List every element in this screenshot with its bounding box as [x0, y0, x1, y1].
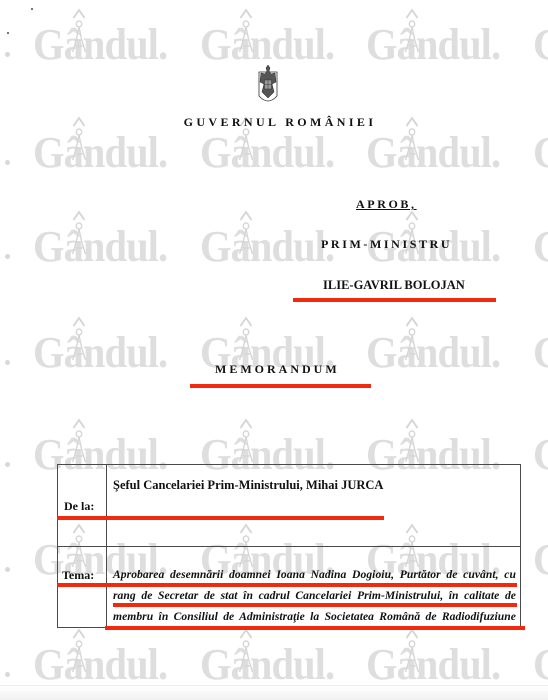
- watermark-row: Gândul.Gândul.Gândul.Gândul.: [0, 222, 548, 272]
- watermark-dot: [5, 462, 10, 467]
- highlight-underline: [57, 516, 384, 520]
- watermark-logo: Gândul.: [200, 128, 334, 178]
- watermark-logo: Gândul.: [366, 128, 500, 178]
- document-title: MEMORANDUM: [215, 362, 340, 377]
- watermark-dot: [5, 567, 10, 572]
- from-value: Şeful Cancelariei Prim-Ministrului, Miha…: [113, 478, 383, 493]
- watermark-logo: Gândul.: [533, 328, 548, 378]
- topic-label: Tema:: [62, 568, 94, 583]
- watermark-logo: Gândul.: [533, 128, 548, 178]
- watermark-logo: Gândul.: [200, 222, 334, 272]
- watermark-row: Gândul.Gândul.Gândul.Gândul.: [0, 128, 548, 178]
- watermark-logo: Gândul.: [366, 640, 500, 690]
- watermark-figure-icon: [237, 208, 255, 264]
- watermark-logo: Gândul.: [33, 20, 167, 70]
- watermark-logo: Gândul.: [533, 535, 548, 585]
- watermark-figure-icon: [70, 208, 88, 264]
- watermark-logo: Gândul.: [33, 328, 167, 378]
- watermark-logo: Gândul.: [366, 20, 500, 70]
- watermark-figure-icon: [70, 6, 88, 62]
- watermark-figure-icon: [403, 208, 421, 264]
- watermark-figure-icon: [70, 626, 88, 682]
- romanian-coat-of-arms-icon: [257, 62, 279, 108]
- watermark-figure-icon: [403, 626, 421, 682]
- watermark-logo: Gândul.: [366, 328, 500, 378]
- topic-line: Aprobarea desemnării doamnei Ioana Nadin…: [113, 568, 516, 581]
- highlight-underline: [57, 583, 517, 587]
- approval-label: APROB,: [356, 197, 417, 212]
- watermark-logo: Gândul.: [533, 640, 548, 690]
- watermark-logo: Gândul.: [533, 222, 548, 272]
- watermark-figure-icon: [70, 314, 88, 370]
- scan-speck: [31, 8, 33, 10]
- watermark-dot: [5, 360, 10, 365]
- institution-heading: GUVERNUL ROMÂNIEI: [0, 115, 548, 130]
- approver-role: PRIM-MINISTRU: [321, 237, 452, 252]
- watermark-logo: Gândul.: [200, 640, 334, 690]
- from-label: De la:: [64, 499, 94, 514]
- watermark-dot: [5, 52, 10, 57]
- highlight-underline: [293, 298, 496, 302]
- watermark-row: Gândul.Gândul.Gândul.Gândul.: [0, 640, 548, 690]
- highlight-underline: [190, 384, 371, 388]
- watermark-figure-icon: [403, 314, 421, 370]
- row-divider: [58, 546, 520, 547]
- watermark-figure-icon: [403, 6, 421, 62]
- watermark-logo: Gândul.: [33, 640, 167, 690]
- watermark-dot: [5, 160, 10, 165]
- watermark-figure-icon: [237, 626, 255, 682]
- watermark-logo: Gândul.: [533, 430, 548, 480]
- watermark-logo: Gândul.: [33, 222, 167, 272]
- topic-line: rang de Secretar de stat în cadrul Cance…: [113, 589, 516, 602]
- watermark-logo: Gândul.: [33, 128, 167, 178]
- watermark-figure-icon: [237, 6, 255, 62]
- highlight-underline: [105, 626, 525, 630]
- watermark-logo: Gândul.: [533, 20, 548, 70]
- highlight-underline: [113, 603, 517, 607]
- watermark-dot: [5, 254, 10, 259]
- watermark-dot: [5, 672, 10, 677]
- approver-name: ILIE-GAVRIL BOLOJAN: [323, 278, 465, 293]
- topic-line: membru în Consiliul de Administraţie la …: [113, 610, 516, 623]
- page-bottom-edge: [0, 685, 548, 700]
